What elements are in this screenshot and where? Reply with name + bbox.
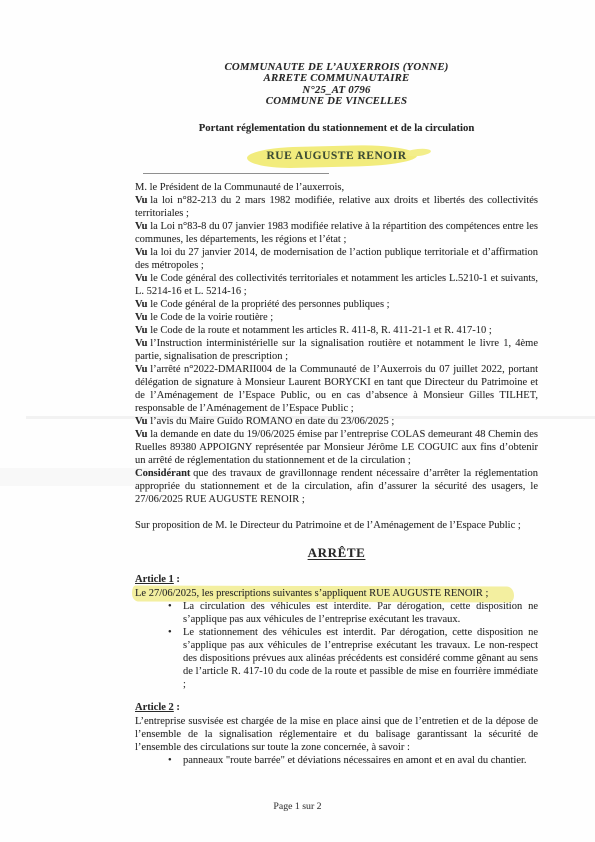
header-divider bbox=[143, 173, 329, 174]
article-1-intro-highlight: Le 27/06/2025, les prescriptions suivant… bbox=[135, 587, 488, 600]
preamble-lead: Vu bbox=[135, 429, 147, 440]
preamble-lead: Vu bbox=[135, 195, 147, 206]
page-number: Page 1 sur 2 bbox=[273, 801, 321, 812]
list-item: • panneaux "route barrée" et déviations … bbox=[168, 754, 538, 767]
preamble: M. le Président de la Communauté de l’au… bbox=[135, 181, 538, 506]
article-1-intro-row: Le 27/06/2025, les prescriptions suivant… bbox=[135, 587, 538, 600]
article-2-bullets: • panneaux "route barrée" et déviations … bbox=[168, 754, 538, 767]
street-title-row: RUE AUGUSTE RENOIR bbox=[135, 148, 538, 163]
decree-heading-row: ARRÊTE bbox=[135, 545, 538, 561]
preamble-paragraph: Vul’arrêté n°2022-DMARII004 de la Commun… bbox=[135, 363, 538, 415]
preamble-paragraph: Vula loi n°82-213 du 2 mars 1982 modifié… bbox=[135, 194, 538, 220]
org-header: COMMUNAUTE DE L’AUXERROIS (YONNE) ARRETE… bbox=[135, 62, 538, 108]
preamble-paragraph: Vula Loi n°83-8 du 07 janvier 1983 modif… bbox=[135, 220, 538, 246]
document-page: COMMUNAUTE DE L’AUXERROIS (YONNE) ARRETE… bbox=[0, 0, 595, 842]
preamble-lead: Vu bbox=[135, 338, 147, 349]
bullet-text: Le stationnement des véhicules est inter… bbox=[183, 626, 538, 691]
article-2-intro: L’entreprise susvisée est chargée de la … bbox=[135, 715, 538, 754]
preamble-lead: Vu bbox=[135, 364, 147, 375]
list-item: • Le stationnement des véhicules est int… bbox=[168, 626, 538, 691]
preamble-paragraph: Vule Code de la route et notamment les a… bbox=[135, 324, 538, 337]
preamble-paragraph: Vul’avis du Maire Guido ROMANO en date d… bbox=[135, 415, 538, 428]
subject-line: Portant réglementation du stationnement … bbox=[135, 122, 538, 135]
preamble-text: la demande en date du 19/06/2025 émise p… bbox=[135, 429, 538, 466]
preamble-text: l’avis du Maire Guido ROMANO en date du … bbox=[150, 416, 394, 427]
preamble-lead: Vu bbox=[135, 221, 147, 232]
article-1-separator: : bbox=[174, 574, 180, 585]
article-1-heading: Article 1 : bbox=[135, 573, 538, 587]
preamble-text: le Code de la voirie routière ; bbox=[150, 312, 273, 323]
preamble-text: le Code général de la propriété des pers… bbox=[150, 299, 389, 310]
article-2-separator: : bbox=[174, 702, 180, 713]
preamble-paragraph: M. le Président de la Communauté de l’au… bbox=[135, 181, 538, 194]
page-footer: Page 1 sur 2 bbox=[0, 801, 595, 812]
article-1-name: Article 1 bbox=[135, 574, 174, 585]
preamble-paragraph: Vule Code général des collectivités terr… bbox=[135, 272, 538, 298]
bullet-dot: • bbox=[168, 626, 183, 691]
article-1-bullets: • La circulation des véhicules est inter… bbox=[168, 600, 538, 691]
preamble-text: le Code général des collectivités territ… bbox=[135, 273, 538, 297]
preamble-lead: Vu bbox=[135, 325, 147, 336]
bullet-text: panneaux "route barrée" et déviations né… bbox=[183, 754, 538, 767]
article-2-heading: Article 2 : bbox=[135, 701, 538, 715]
preamble-text: le Code de la route et notamment les art… bbox=[150, 325, 492, 336]
decree-heading: ARRÊTE bbox=[308, 545, 366, 560]
preamble-text: la Loi n°83-8 du 07 janvier 1983 modifié… bbox=[135, 221, 538, 245]
proposition-paragraph: Sur proposition de M. le Directeur du Pa… bbox=[135, 519, 538, 532]
preamble-paragraph: Vule Code de la voirie routière ; bbox=[135, 311, 538, 324]
preamble-text: la loi n°82-213 du 2 mars 1982 modifiée,… bbox=[135, 195, 538, 219]
preamble-text: la loi du 27 janvier 2014, de modernisat… bbox=[135, 247, 538, 271]
street-title-highlight: RUE AUGUSTE RENOIR bbox=[267, 149, 407, 163]
preamble-paragraph: Vula demande en date du 19/06/2025 émise… bbox=[135, 428, 538, 467]
preamble-text: que des travaux de gravillonnage rendent… bbox=[135, 468, 538, 505]
article-1-intro: Le 27/06/2025, les prescriptions suivant… bbox=[135, 588, 488, 599]
preamble-lead: Vu bbox=[135, 299, 147, 310]
preamble-paragraph: Vule Code général de la propriété des pe… bbox=[135, 298, 538, 311]
list-item: • La circulation des véhicules est inter… bbox=[168, 600, 538, 626]
preamble-paragraph: Considérantque des travaux de gravillonn… bbox=[135, 467, 538, 506]
bullet-text: La circulation des véhicules est interdi… bbox=[183, 600, 538, 626]
bullet-dot: • bbox=[168, 600, 183, 626]
preamble-lead: Vu bbox=[135, 273, 147, 284]
preamble-text: l’Instruction interministérielle sur la … bbox=[135, 338, 538, 362]
bullet-dot: • bbox=[168, 754, 183, 767]
preamble-lead: Vu bbox=[135, 312, 147, 323]
preamble-lead: Vu bbox=[135, 416, 147, 427]
preamble-lead: Vu bbox=[135, 247, 147, 258]
org-line: COMMUNE DE VINCELLES bbox=[135, 96, 538, 107]
preamble-paragraph: Vula loi du 27 janvier 2014, de modernis… bbox=[135, 246, 538, 272]
preamble-text: l’arrêté n°2022-DMARII004 de la Communau… bbox=[135, 364, 538, 414]
scan-streak bbox=[0, 468, 150, 486]
preamble-lead: Considérant bbox=[135, 468, 190, 479]
preamble-text: M. le Président de la Communauté de l’au… bbox=[135, 182, 344, 193]
article-2-name: Article 2 bbox=[135, 702, 174, 713]
preamble-paragraph: Vul’Instruction interministérielle sur l… bbox=[135, 337, 538, 363]
document-content: COMMUNAUTE DE L’AUXERROIS (YONNE) ARRETE… bbox=[135, 62, 538, 767]
street-title: RUE AUGUSTE RENOIR bbox=[267, 150, 407, 162]
